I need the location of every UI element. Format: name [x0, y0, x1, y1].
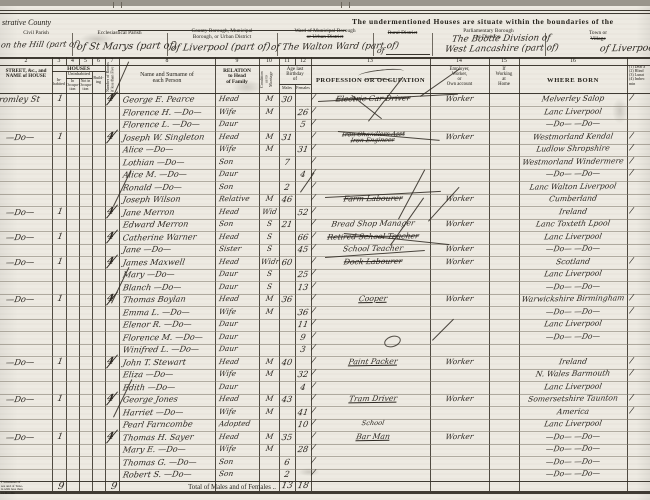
cell-infirmity-mark: /: [629, 406, 633, 415]
cell-name: Thomas Boylan: [122, 295, 186, 304]
cell-relation: Head: [218, 132, 239, 140]
enumerator-tick: /: [311, 319, 316, 328]
enumerator-tick: /: [311, 256, 316, 265]
cell-inhabited: 1: [53, 132, 66, 141]
cell-relation: Head: [218, 395, 239, 403]
cell-street: —Do—: [5, 207, 35, 216]
cell-name: Lothian —Do—: [122, 157, 185, 166]
pen-stroke: [432, 319, 454, 341]
cell-age-female: 66: [295, 232, 310, 241]
col-number-2: 2: [18, 58, 34, 64]
enumerator-tick: /: [311, 106, 316, 115]
cell-rooms-mark: 4: [106, 256, 114, 266]
cell-relation: Son: [218, 182, 234, 190]
enumerator-tick: /: [311, 306, 316, 315]
cell-employer: Worker: [431, 295, 487, 303]
cell-name: Blanch —Do—: [122, 282, 182, 291]
cell-rooms-mark: 4: [106, 356, 114, 366]
col-number-16: 16: [565, 58, 581, 64]
cell-name: George Jones: [122, 395, 178, 404]
enumerator-tick: /: [311, 281, 316, 290]
cell-where-born: Westmorland Kendal: [520, 132, 625, 141]
cell-where-born: —Do— —Do—: [520, 444, 625, 453]
rule-h: [0, 13, 650, 14]
cell-where-born: —Do— —Do—: [520, 469, 625, 478]
enumerator-tick: /: [311, 394, 316, 403]
cell-occupation: Dock Labourer: [319, 257, 427, 266]
cell-infirmity-mark: /: [629, 206, 633, 215]
cell-where-born: Somersetshire Taunton: [520, 394, 625, 403]
header-infirmity: (1) Deaf a(2) Blind(3) Lunat(4) Imbecmin: [629, 65, 650, 87]
enumerator-tick: /: [311, 181, 316, 190]
cell-where-born: —Do— —Do—: [520, 332, 625, 341]
cell-age-female: 41: [295, 407, 310, 416]
col-number-12: 12: [295, 58, 311, 64]
cell-occupation: Bread Shop Manager: [319, 219, 427, 228]
header-where-born: WHERE BORN: [519, 77, 627, 84]
cell-relation: Daur: [218, 170, 238, 178]
entry-county-borough: of Liverpool (part of): [170, 42, 271, 53]
field-label-civil-parish: Civil Parish: [0, 31, 72, 37]
cell-relation: Head: [218, 257, 239, 265]
cell-condition: S: [260, 270, 278, 278]
cell-condition: S: [260, 220, 278, 228]
cell-age-female: 11: [295, 320, 310, 329]
ink-smudge: [298, 468, 320, 476]
cell-rooms-mark: 4: [106, 131, 114, 141]
field-label-ecclesiastical-parish: Ecclesiastical Parish: [72, 31, 167, 37]
cell-condition: M: [260, 357, 278, 365]
rule-h: [0, 491, 650, 494]
cell-relation: Daur: [218, 320, 238, 328]
cell-rooms-mark: 4: [106, 394, 114, 404]
header-building: Build-ing: [92, 76, 105, 85]
cell-condition: Widr: [260, 257, 278, 265]
rule-v: [119, 57, 120, 491]
header-street: STREET, &c., andNAME of HOUSE: [0, 69, 52, 80]
cell-where-born: Lanc Walton Liverpool: [520, 182, 625, 191]
cell-employer: Worker: [431, 220, 487, 228]
cell-infirmity-mark: /: [629, 144, 633, 153]
rule-h: [0, 406, 650, 407]
cell-relation: Daur: [218, 120, 238, 128]
cell-inhabited: 1: [53, 257, 66, 266]
rule-h: [0, 344, 650, 345]
entry-parliamentary-line2: West Lancashire (part of): [444, 44, 559, 54]
registration-tick: [113, 2, 114, 8]
cell-name: Thomas G. —Do—: [122, 457, 197, 466]
cell-name: John T. Stewart: [122, 357, 186, 366]
enumerator-tick: /: [311, 344, 316, 353]
rule-h: [0, 10, 650, 12]
cell-where-born: Ireland: [520, 357, 625, 366]
cell-where-born: Ireland: [520, 207, 625, 216]
cell-condition: M: [260, 370, 278, 378]
enumerator-tick: /: [311, 231, 316, 240]
rule-v: [105, 57, 106, 491]
cell-relation: Head: [218, 357, 239, 365]
cell-where-born: Lanc Liverpool: [520, 107, 625, 116]
cell-where-born: Lanc Toxteth Lpool: [520, 219, 625, 228]
census-scan-page: strative County The undermentioned House…: [0, 0, 650, 500]
cell-age-female: 45: [295, 245, 310, 254]
rule-v: [52, 57, 53, 491]
cell-relation: Daur: [218, 382, 238, 390]
totals-label: Total of Males and of Females ..: [120, 484, 276, 491]
cell-age-male: 21: [279, 220, 294, 229]
col-number-13: 13: [362, 58, 378, 64]
cell-inhabited: 1: [53, 207, 66, 216]
cell-where-born: Lanc Liverpool: [520, 419, 625, 428]
cell-age-male: 7: [279, 157, 294, 166]
cell-age-male: 30: [279, 95, 294, 104]
cell-infirmity-mark: /: [629, 356, 633, 365]
cell-infirmity-mark: /: [629, 256, 633, 265]
cell-street: —Do—: [5, 232, 35, 241]
cell-condition: M: [260, 195, 278, 203]
enumerator-tick: /: [311, 206, 316, 215]
cell-relation: Daur: [218, 332, 238, 340]
cell-age-male: 2: [279, 470, 294, 479]
cell-where-born: Scotland: [520, 257, 625, 266]
enumerator-tick: /: [311, 419, 316, 428]
header-uninhabited: Uninhabited: [66, 72, 92, 77]
cell-relation: Son: [218, 157, 234, 165]
cell-relation: Daur: [218, 270, 238, 278]
header-age-males: Males: [279, 86, 295, 90]
cell-where-born: —Do— —Do—: [520, 307, 625, 316]
cell-name: Florence M. —Do—: [122, 332, 203, 341]
col-number-10: 10: [261, 58, 277, 64]
header-inhabited: In-habited: [52, 78, 66, 87]
rule-v: [489, 57, 490, 491]
cell-name: Florence L. —Do—: [122, 119, 200, 128]
cell-where-born: Lanc Liverpool: [520, 269, 625, 278]
entry-town-village: of Liverpool: [599, 44, 650, 54]
cell-relation: Wife: [218, 107, 236, 115]
cell-name: Florence H. —Do—: [122, 107, 202, 116]
cell-relation: Wife: [218, 445, 236, 453]
cell-age-male: 60: [279, 257, 294, 266]
cell-employer: Worker: [431, 395, 487, 403]
enumerator-tick: /: [311, 444, 316, 453]
cell-name: Mary —Do—: [122, 270, 175, 279]
field-label-county-borough: County Borough, MunicipalBorough, or Urb…: [167, 29, 277, 41]
cell-infirmity-mark: /: [629, 94, 633, 103]
header-uninhabited-occupied: InOccupa-tion: [66, 79, 79, 91]
cell-name: Eliza —Do—: [122, 370, 174, 379]
cell-age-female: 3: [295, 345, 310, 354]
col-number-8: 8: [159, 58, 175, 64]
cell-occupation: Bar Man: [319, 432, 427, 441]
cell-condition: M: [260, 295, 278, 303]
entry-rural-district: of: [376, 47, 385, 55]
cell-employer: Worker: [431, 195, 487, 203]
enumerator-tick: /: [311, 269, 316, 278]
cell-inhabited: 1: [53, 432, 66, 441]
cell-infirmity-mark: /: [629, 369, 633, 378]
cell-age-female: 4: [295, 382, 310, 391]
cell-street: —Do—: [5, 257, 35, 266]
cell-condition: M: [260, 445, 278, 453]
cell-rooms-mark: 4: [106, 206, 114, 216]
registration-tick: [121, 2, 122, 8]
cell-name: Harriet —Do—: [122, 407, 184, 416]
entry-civil-parish: on the Hill (part of): [0, 40, 80, 49]
rule-h: [0, 206, 650, 207]
cell-condition: M: [260, 107, 278, 115]
enumerator-tick: /: [311, 119, 316, 128]
cell-name: George E. Pearce: [122, 95, 195, 104]
enumerator-tick: /: [311, 244, 316, 253]
cell-street: —Do—: [5, 295, 35, 304]
cell-relation: Wife: [218, 370, 236, 378]
cell-condition: S: [260, 245, 278, 253]
total-males: 13: [279, 482, 294, 491]
cell-relation: Son: [218, 220, 234, 228]
total-females: 18: [295, 482, 310, 491]
rule-v: [430, 57, 431, 491]
enumerator-tick: /: [311, 219, 316, 228]
cell-employer: Worker: [431, 95, 487, 103]
cell-name: Thomas H. Sayer: [122, 432, 194, 441]
header-uninhabited-not-occupied: Not inOccupa-tion: [79, 79, 92, 91]
cell-age-female: 9: [295, 332, 310, 341]
cell-relation: Adopted: [218, 420, 251, 428]
cell-occupation: School Teacher: [319, 244, 427, 253]
cell-employer: Worker: [431, 257, 487, 265]
cell-age-female: 36: [295, 307, 310, 316]
cell-relation: Head: [218, 207, 239, 215]
cell-rooms-mark: 4: [106, 231, 114, 241]
enumerator-tick: /: [311, 131, 316, 140]
cell-age-female: 4: [295, 170, 310, 179]
cell-where-born: —Do— —Do—: [520, 457, 625, 466]
cell-age-female: 13: [295, 282, 310, 291]
cell-relation: Son: [218, 457, 234, 465]
cell-where-born: —Do— —Do—: [520, 169, 625, 178]
cell-inhabited: 1: [53, 357, 66, 366]
rural-district-underline: [386, 54, 430, 55]
cell-occupation: Paint Packer: [319, 357, 427, 366]
cell-relation: Son: [218, 470, 234, 478]
field-label-town-village: Town orVillage: [545, 31, 650, 43]
cell-name: Jane —Do—: [122, 245, 172, 254]
rule-v: [79, 78, 80, 492]
enumerator-tick: /: [311, 294, 316, 303]
registration-tick: [349, 2, 350, 8]
cell-age-female: 5: [295, 120, 310, 129]
cell-age-female: 26: [295, 107, 310, 116]
enumerator-tick: /: [311, 431, 316, 440]
cell-rooms-mark: 4: [106, 431, 114, 441]
enumerator-tick: /: [311, 369, 316, 378]
cell-infirmity-mark: /: [629, 306, 633, 315]
cell-name: Ronald —Do—: [122, 182, 182, 191]
cell-relation: Head: [218, 295, 239, 303]
cell-where-born: Lanc Liverpool: [520, 232, 625, 241]
cell-condition: M: [260, 132, 278, 140]
cell-age-male: 40: [279, 357, 294, 366]
cell-condition: M: [260, 432, 278, 440]
cell-relation: Wife: [218, 145, 236, 153]
cell-relation: Wife: [218, 307, 236, 315]
cell-employer: Worker: [431, 357, 487, 365]
cell-name: Alice —Do—: [122, 145, 174, 154]
header-relation: RELATIONto Headof Family: [215, 69, 259, 86]
rule-h: [0, 356, 650, 357]
cell-street: Bromley St: [0, 95, 41, 104]
cell-name: Pearl Farncombe: [122, 420, 193, 429]
cell-age-female: 25: [295, 270, 310, 279]
cell-occupation: Cooper: [319, 294, 427, 303]
col-number-14: 14: [451, 58, 467, 64]
cell-employer: Worker: [431, 245, 487, 253]
cell-street: —Do—: [5, 357, 35, 366]
header-condition: Conditionas toMarriage: [260, 66, 278, 93]
cell-name: Mary E. —Do—: [122, 445, 186, 454]
cell-name: James Maxwell: [122, 257, 185, 266]
header-name: Name and Surname ofeach Person: [119, 72, 215, 85]
cell-condition: S: [260, 232, 278, 240]
enumerator-tick: /: [311, 356, 316, 365]
cell-employer: Worker: [431, 432, 487, 440]
field-label-ward: Ward of Municipal Boroughor Urban Distri…: [277, 29, 373, 41]
cell-infirmity-mark: /: [629, 294, 633, 303]
enumerator-tick: /: [311, 331, 316, 340]
cell-where-born: Lanc Liverpool: [520, 319, 625, 328]
header-employer: Employer,Worker,orOwn account: [430, 67, 489, 88]
cell-infirmity-mark: /: [629, 131, 633, 140]
enumerator-tick: /: [311, 406, 316, 415]
cell-condition: S: [260, 282, 278, 290]
cell-where-born: America: [520, 407, 625, 416]
cell-relation: Daur: [218, 345, 238, 353]
col-number-15: 15: [496, 58, 512, 64]
header-age-females: Females: [295, 86, 311, 90]
cell-where-born: —Do— —Do—: [520, 119, 625, 128]
admin-county-label: strative County: [2, 19, 51, 28]
cell-name: Emma L. —Do—: [122, 307, 190, 316]
cell-relation: Sister: [218, 245, 241, 253]
enumerator-tick: /: [311, 144, 316, 153]
cell-inhabited: 1: [53, 295, 66, 304]
cell-relation: Head: [218, 95, 239, 103]
cell-age-female: 52: [295, 207, 310, 216]
cell-name: Winifred L. —Do—: [122, 344, 200, 353]
cell-age-male: 35: [279, 432, 294, 441]
enumerator-tick: /: [311, 381, 316, 390]
cell-age-male: 43: [279, 395, 294, 404]
cell-age-male: 31: [279, 132, 294, 141]
cell-relation: Relative: [218, 195, 250, 203]
cell-name: Joseph W. Singleton: [122, 132, 205, 141]
cell-inhabited: 1: [53, 232, 66, 241]
cell-where-born: —Do— —Do—: [520, 432, 625, 441]
cell-condition: M: [260, 407, 278, 415]
cell-condition: M: [260, 395, 278, 403]
cell-name: Elenor R. —Do—: [122, 320, 192, 329]
cell-where-born: Ludlow Shropshire: [520, 144, 625, 153]
cell-name: Joseph Wilson: [122, 195, 181, 204]
cell-relation: Wife: [218, 407, 236, 415]
cell-relation: Head: [218, 432, 239, 440]
cell-name: Jane Merron: [122, 207, 175, 216]
enumerator-tick: /: [311, 456, 316, 465]
cell-condition: Wid: [260, 207, 278, 215]
cell-occupation: Tram Driver: [319, 394, 427, 403]
situate-heading: The undermentioned Houses are situate wi…: [352, 18, 614, 26]
cell-where-born: Lanc Liverpool: [520, 382, 625, 391]
field-label-rural-district: Rural District: [373, 31, 432, 37]
cell-condition: M: [260, 145, 278, 153]
cell-age-male: 2: [279, 182, 294, 191]
rule-v: [627, 57, 628, 491]
header-at-home: IfWorkingatHome: [489, 67, 519, 88]
cell-infirmity-mark: /: [629, 394, 633, 403]
cell-condition: M: [260, 307, 278, 315]
cell-street: —Do—: [5, 395, 35, 404]
rule-v: [279, 57, 280, 491]
cell-where-born: Cumberland: [520, 194, 625, 203]
scan-bottom-band: [0, 0, 650, 6]
cell-street: —Do—: [5, 432, 35, 441]
cell-age-male: 6: [279, 457, 294, 466]
rule-h: [0, 481, 650, 482]
cell-where-born: N. Wales Barmouth: [520, 369, 625, 378]
col-number-9: 9: [229, 58, 245, 64]
cell-relation: Head: [218, 232, 239, 240]
registration-tick: [341, 2, 342, 8]
cell-infirmity-mark: /: [629, 156, 633, 165]
cell-where-born: Warwickshire Birmingham: [520, 294, 625, 303]
entry-ecclesiastical-parish: of St Marys (part of): [76, 41, 177, 52]
cell-where-born: —Do— —Do—: [520, 244, 625, 253]
cell-infirmity-mark: /: [629, 169, 633, 178]
enumerator-tick: /: [311, 156, 316, 165]
cell-employer: Worker: [431, 132, 487, 140]
pen-loop: [383, 334, 403, 350]
cell-occupation: School: [319, 419, 426, 427]
cell-age-female: 10: [295, 420, 310, 429]
cell-age-male: 46: [279, 195, 294, 204]
cell-name: Catherine Warner: [122, 232, 197, 241]
enumerator-tick: /: [311, 94, 316, 103]
cell-inhabited: 1: [53, 95, 66, 104]
enumerator-tick: /: [311, 194, 316, 203]
col-number-11: 11: [279, 58, 295, 64]
cell-where-born: Melverley Salop: [520, 94, 625, 103]
cell-inhabited: 1: [53, 395, 66, 404]
cell-name: Robert S. —Do—: [122, 470, 192, 479]
cell-age-female: 32: [295, 370, 310, 379]
cell-age-male: 36: [279, 295, 294, 304]
cell-where-born: —Do— —Do—: [520, 282, 625, 291]
cell-name: Alice M. —Do—: [122, 170, 187, 179]
totals-left-note: f Schedules ofses and of Tene-ts with le…: [1, 481, 57, 495]
cell-name: Edward Merron: [122, 220, 189, 229]
total-houses: 9: [53, 481, 69, 491]
cell-age-female: 31: [295, 145, 310, 154]
header-age: Age lastBirthdayof: [279, 67, 311, 83]
rule-v: [215, 57, 216, 491]
cell-age-female: 28: [295, 445, 310, 454]
cell-condition: M: [260, 95, 278, 103]
cell-where-born: Westmorland Windermere: [520, 157, 625, 166]
cell-relation: Daur: [218, 282, 238, 290]
cell-street: —Do—: [5, 132, 35, 141]
